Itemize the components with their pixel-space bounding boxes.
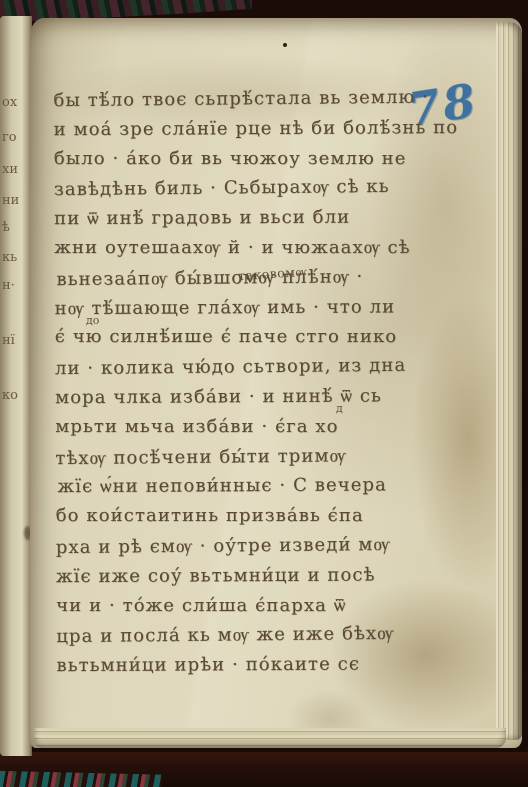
facing-page-text-fragment: хи: [2, 162, 18, 177]
manuscript-line: чи и · то́же сли́ша є́парха ѿ: [56, 595, 502, 625]
manuscript-line: бо кои́стаитинь призва́вь є́па: [56, 505, 502, 535]
manuscript-line: мрьти мьча изба́ви · є́га хо: [55, 416, 501, 446]
interlinear-gloss: до: [86, 314, 99, 327]
manuscript-line: и моа́ зре сла́нїе рце нѣ би болѣ́знь по: [54, 117, 500, 149]
manuscript-line: завѣдѣнь биль · Сьбырахѹ сѣ кь: [54, 175, 500, 209]
manuscript-line: мора члка изба́ви · и нинѣ́ ѿ сь: [55, 385, 501, 417]
ink-speck: [283, 43, 287, 47]
manuscript-line: цра и посла́ кь мѹ же иже бѣхѹ: [56, 622, 502, 656]
manuscript-line: было · а́ко би вь чюжоу землю не: [54, 148, 500, 178]
facing-page-text-fragment: ни: [2, 193, 19, 208]
facing-page-text-fragment: нї: [2, 333, 15, 348]
manuscript-photo: ох го хи ни ѣ кь н· нї ко 78 бы тѣ́ло тв…: [0, 0, 528, 787]
bottom-edge-page-stack: [34, 728, 506, 748]
manuscript-line: жїє ѡ́ни непови́нныє · С вечера: [57, 474, 501, 506]
manuscript-line: тѣхѹ посѣ́чени бы́ти тримѹ: [55, 443, 501, 477]
facing-page-text-fragment: кь: [2, 250, 17, 265]
manuscript-line: жни оутешаахѹ й · и чюжаахѹ сѣ: [54, 237, 500, 267]
manuscript-line: ли · колика чю́до сьтвори, из дна: [55, 354, 501, 388]
facing-page-edge: ох го хи ни ѣ кь н· нї ко: [0, 16, 32, 756]
interlinear-gloss: д: [336, 402, 343, 415]
facing-page-text-fragment: ѣ: [2, 220, 10, 235]
manuscript-page: 78 бы тѣ́ло твоє сьпрѣ́стала вь землю · …: [30, 18, 522, 748]
fore-edge-page-stack: [496, 22, 522, 740]
manuscript-text-block: бы тѣ́ло твоє сьпрѣ́стала вь землю · и м…: [53, 87, 502, 685]
manuscript-line: рха и рѣ ємѹ · оу́тре изведи́ мѹ: [56, 533, 502, 567]
manuscript-line: жїє иже соу́ вьтьмни́ци и посѣ: [56, 564, 502, 596]
facing-page-text-fragment: н·: [2, 278, 15, 293]
manuscript-line: бы тѣ́ло твоє сьпрѣ́стала вь землю ·: [53, 86, 499, 120]
facing-page-text-fragment: го: [2, 130, 17, 145]
manuscript-line: нѹ тѣ́шающе гла́хѹ имь · что ли: [55, 295, 501, 327]
manuscript-line: пи ѿ инѣ́ градовь и вьси бли: [54, 206, 500, 238]
facing-page-text-fragment: ох: [2, 95, 17, 110]
manuscript-line: вьтьмни́ци ирѣи · по́каите сє: [56, 653, 502, 685]
manuscript-line: є́ чю силнѣ́ише є́ паче стго нико: [55, 326, 501, 356]
facing-page-text-fragment: ко: [2, 388, 18, 403]
